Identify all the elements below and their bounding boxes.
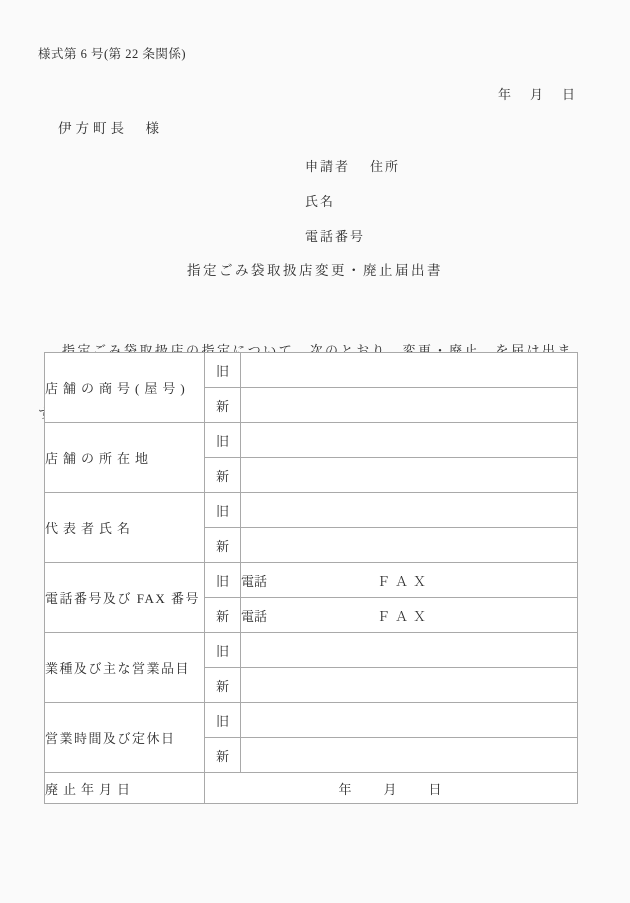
field-label: 店舗の商号(屋号) (45, 353, 205, 423)
old-value-cell (241, 353, 578, 388)
address-label: 住所 (370, 159, 400, 174)
old-tag-cell: 旧 (205, 423, 241, 458)
table-row: 廃止年月日 年 月 日 (45, 773, 578, 804)
table-row: 店舗の所在地 旧 (45, 423, 578, 458)
new-tag-cell: 新 (205, 738, 241, 773)
new-value-cell: 電話ＦＡＸ (241, 598, 578, 633)
fax-field-label: ＦＡＸ (377, 609, 431, 624)
new-tag-cell: 新 (205, 458, 241, 493)
old-value-cell: 電話ＦＡＸ (241, 563, 578, 598)
table-row: 業種及び主な営業品目 旧 (45, 633, 578, 668)
field-label: 営業時間及び定休日 (45, 703, 205, 773)
field-label: 業種及び主な営業品目 (45, 633, 205, 703)
phone-label: 電話番号 (305, 226, 365, 245)
addressee: 伊方町長 様 (58, 117, 163, 137)
applicant-address-line: 申請者住所 (305, 156, 400, 175)
new-value-cell (241, 668, 578, 703)
old-value-cell (241, 703, 578, 738)
name-label: 氏名 (305, 191, 335, 210)
document-title: 指定ごみ袋取扱店変更・廃止届出書 (0, 259, 630, 279)
new-tag-cell: 新 (205, 668, 241, 703)
old-value-cell (241, 493, 578, 528)
table-row: 代表者氏名 旧 (45, 493, 578, 528)
form-number: 様式第 6 号(第 22 条関係) (38, 44, 186, 62)
phone-field-label: 電話 (241, 609, 267, 624)
new-value-cell (241, 388, 578, 423)
old-value-cell (241, 633, 578, 668)
field-label: 代表者氏名 (45, 493, 205, 563)
table-row: 営業時間及び定休日 旧 (45, 703, 578, 738)
field-label: 廃止年月日 (45, 773, 205, 804)
old-tag-cell: 旧 (205, 353, 241, 388)
document-page: 様式第 6 号(第 22 条関係) 年 月 日 伊方町長 様 申請者住所 氏名 … (0, 0, 630, 903)
applicant-label: 申請者 (305, 159, 350, 174)
fax-field-label: ＦＡＸ (377, 574, 431, 589)
new-tag-cell: 新 (205, 388, 241, 423)
new-value-cell (241, 458, 578, 493)
table-row: 電話番号及び FAX 番号 旧 電話ＦＡＸ (45, 563, 578, 598)
new-tag-cell: 新 (205, 528, 241, 563)
field-label: 電話番号及び FAX 番号 (45, 563, 205, 633)
new-tag-cell: 新 (205, 598, 241, 633)
notification-table: 店舗の商号(屋号) 旧 新 店舗の所在地 旧 新 代表者氏名 旧 新 (44, 352, 578, 804)
old-tag-cell: 旧 (205, 493, 241, 528)
field-label: 店舗の所在地 (45, 423, 205, 493)
old-tag-cell: 旧 (205, 633, 241, 668)
table-row: 店舗の商号(屋号) 旧 (45, 353, 578, 388)
abolition-date-cell: 年 月 日 (205, 773, 578, 804)
new-value-cell (241, 528, 578, 563)
old-value-cell (241, 423, 578, 458)
new-value-cell (241, 738, 578, 773)
phone-field-label: 電話 (241, 574, 267, 589)
old-tag-cell: 旧 (205, 703, 241, 738)
date-line: 年 月 日 (498, 84, 578, 103)
old-tag-cell: 旧 (205, 563, 241, 598)
